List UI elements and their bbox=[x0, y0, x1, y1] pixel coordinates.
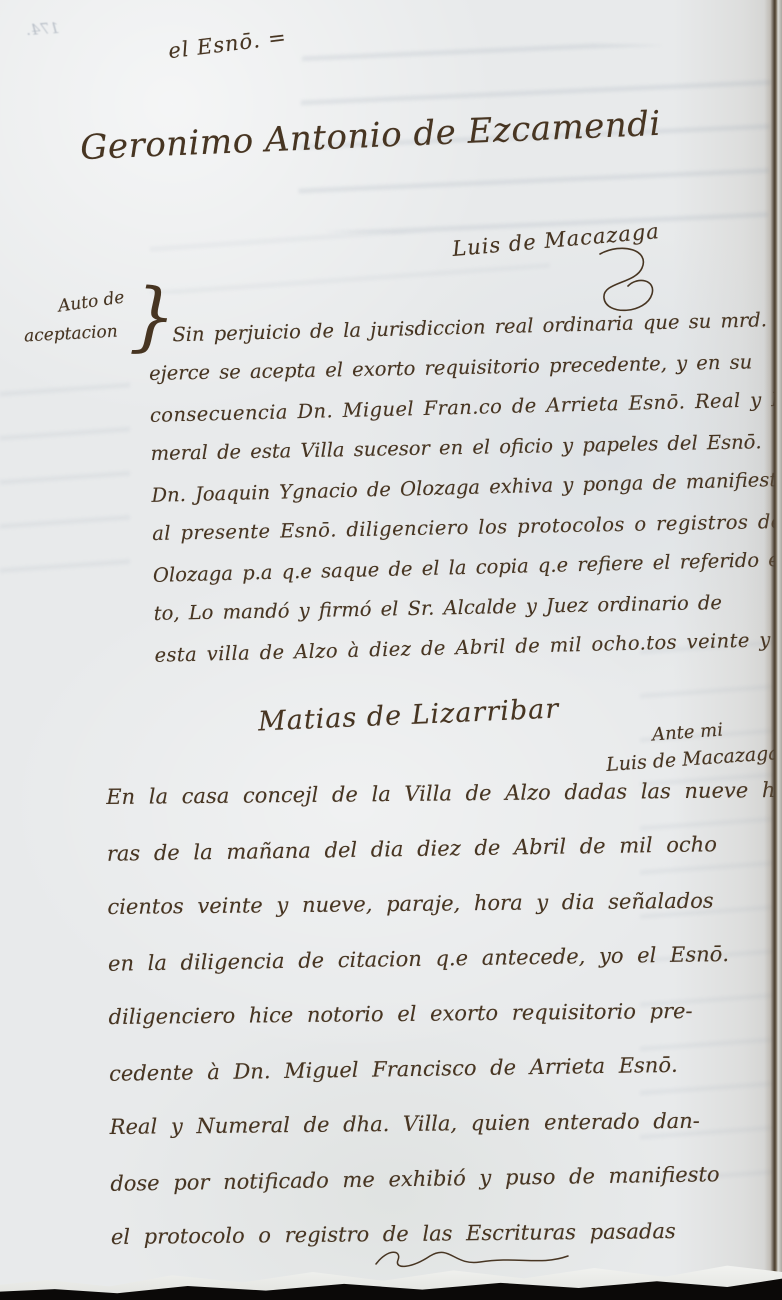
ghost-folio-number: 174. bbox=[25, 19, 60, 39]
diligencia-line: en la diligencia de citacion q.e anteced… bbox=[108, 926, 781, 992]
diligencia-line: cientos veinte y nueve, paraje, hora y d… bbox=[107, 873, 780, 935]
auto-paragraph: Sin perjuicio de la jurisdiccion real or… bbox=[148, 302, 782, 674]
manuscript-page: 174. el Esnō. = Geronimo Antonio de Ezca… bbox=[0, 0, 782, 1300]
diligencia-line: dose por notificado me exhibió y puso de… bbox=[110, 1146, 782, 1212]
closing-flourish-icon bbox=[372, 1242, 572, 1276]
escribano-abbreviation: el Esnō. = bbox=[167, 25, 288, 63]
diligencia-paragraph: En la casa concejl de la Villa de Alzo d… bbox=[106, 763, 782, 1265]
bleed-through-left bbox=[0, 360, 130, 590]
ante-mi-label: Ante mi bbox=[651, 720, 723, 746]
scan-background-bottom bbox=[0, 1274, 782, 1300]
signature-matias-lizarribar: Matias de Lizarribar bbox=[257, 693, 559, 737]
diligencia-line: En la casa concejl de la Villa de Alzo d… bbox=[106, 763, 779, 825]
diligencia-line: Real y Numeral de dha. Villa, quien ente… bbox=[109, 1093, 782, 1155]
margin-note-line1: Auto de bbox=[57, 287, 126, 316]
diligencia-line: diligenciero hice notorio el exorto requ… bbox=[108, 983, 781, 1045]
margin-note-line2: aceptacion bbox=[24, 322, 119, 347]
diligencia-line: ras de la mañana del dia diez de Abril d… bbox=[106, 816, 779, 882]
diligencia-line: cedente à Dn. Miguel Francisco de Arriet… bbox=[109, 1036, 782, 1102]
signature-geronimo-ezcamendi: Geronimo Antonio de Ezcamendi bbox=[79, 104, 661, 168]
